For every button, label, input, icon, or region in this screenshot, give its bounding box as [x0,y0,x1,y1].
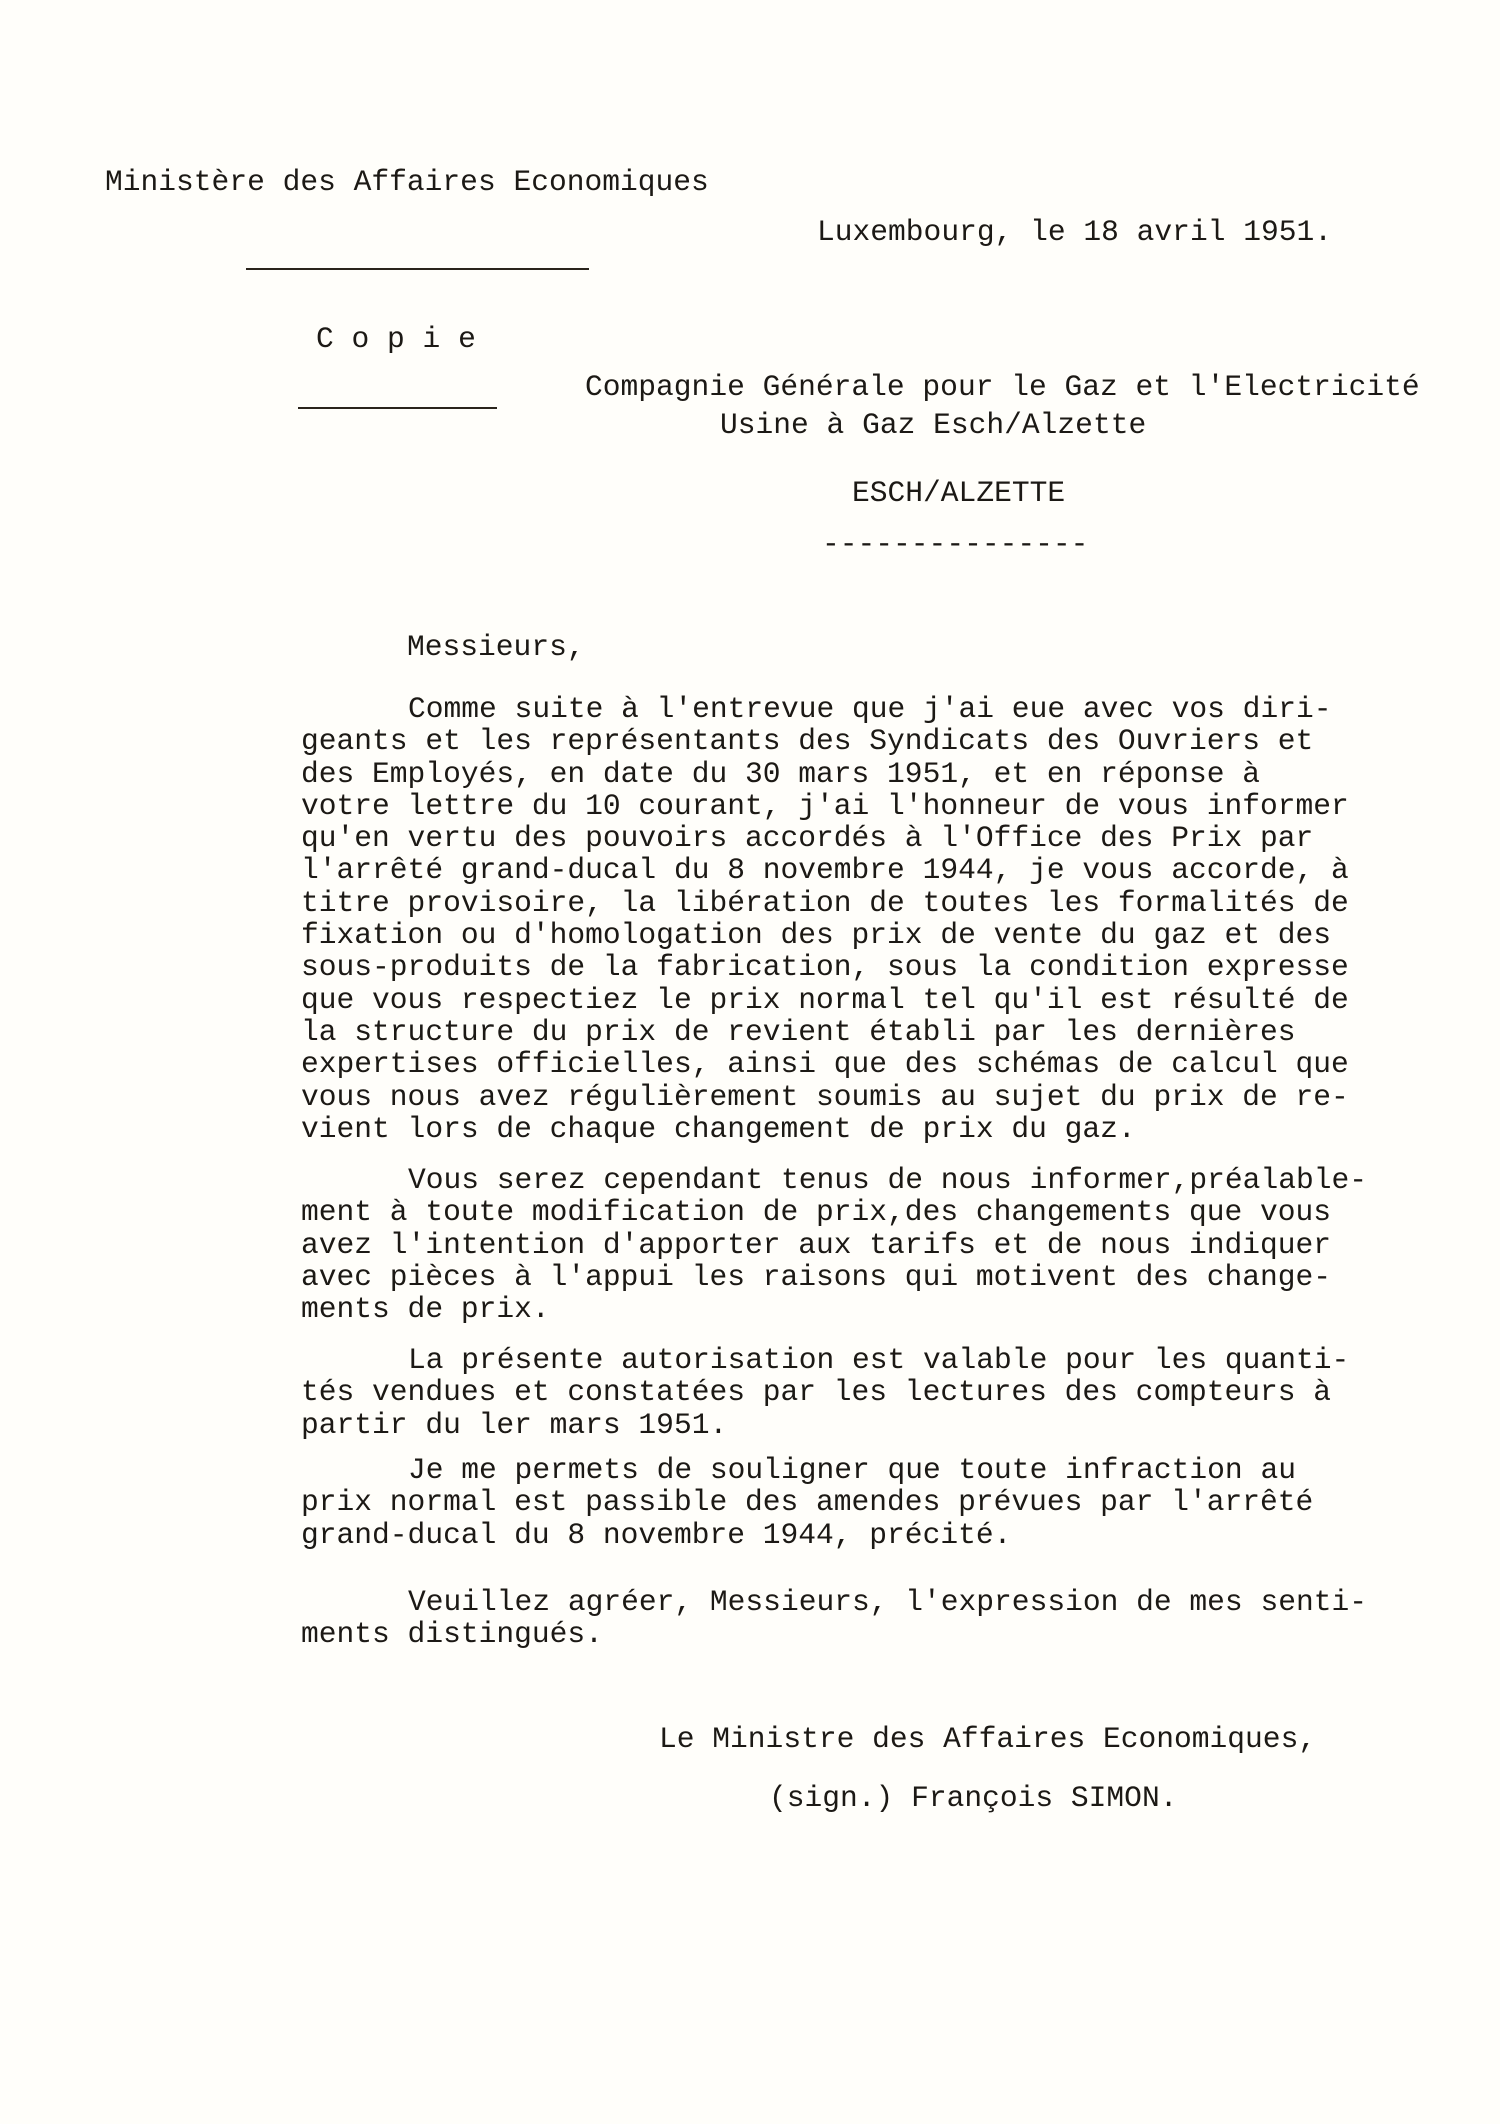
letter-page: Ministère des Affaires Economiques Luxem… [0,0,1500,2124]
paragraph-line: expertises officielles, ainsi que des sc… [301,1048,1401,1080]
signature-name: (sign.) François SIMON. [769,1782,1177,1814]
paragraph-line: avec pièces à l'appui les raisons qui mo… [301,1261,1401,1293]
copy-label: C o p i e [316,323,476,355]
paragraph-line: Vous serez cependant tenus de nous infor… [301,1164,1401,1196]
recipient-city: ESCH/ALZETTE [852,477,1065,509]
header-underline [246,268,589,270]
paragraph-line: grand-ducal du 8 novembre 1944, précité. [301,1519,1401,1551]
paragraph-line: Veuillez agréer, Messieurs, l'expression… [301,1586,1401,1618]
paragraph-3: La présente autorisation est valable pou… [301,1344,1401,1441]
recipient-company: Compagnie Générale pour le Gaz et l'Elec… [585,371,1420,403]
paragraph-line: la structure du prix de revient établi p… [301,1016,1401,1048]
paragraph-4: Je me permets de souligner que toute inf… [301,1454,1401,1551]
paragraph-line: avez l'intention d'apporter aux tarifs e… [301,1229,1401,1261]
paragraph-line: des Employés, en date du 30 mars 1951, e… [301,758,1401,790]
ministry-header: Ministère des Affaires Economiques [105,166,709,198]
closing-paragraph: Veuillez agréer, Messieurs, l'expression… [301,1586,1401,1651]
paragraph-line: qu'en vertu des pouvoirs accordés à l'Of… [301,822,1401,854]
paragraph-line: votre lettre du 10 courant, j'ai l'honne… [301,790,1401,822]
salutation: Messieurs, [407,631,585,663]
paragraph-line: ments distingués. [301,1618,1401,1650]
paragraph-line: vient lors de chaque changement de prix … [301,1113,1401,1145]
paragraph-line: prix normal est passible des amendes pré… [301,1486,1401,1518]
paragraph-line: que vous respectiez le prix normal tel q… [301,984,1401,1016]
recipient-separator: --------------- [822,528,1088,560]
recipient-plant: Usine à Gaz Esch/Alzette [720,409,1146,441]
signature-title: Le Ministre des Affaires Economiques, [659,1723,1316,1755]
copy-underline [298,407,497,409]
paragraph-line: Comme suite à l'entrevue que j'ai eue av… [301,693,1401,725]
paragraph-line: l'arrêté grand-ducal du 8 novembre 1944,… [301,854,1401,886]
paragraph-line: ment à toute modification de prix,des ch… [301,1196,1401,1228]
paragraph-2: Vous serez cependant tenus de nous infor… [301,1164,1401,1325]
place-date: Luxembourg, le 18 avril 1951. [817,216,1332,248]
paragraph-line: ments de prix. [301,1293,1401,1325]
paragraph-line: titre provisoire, la libération de toute… [301,887,1401,919]
paragraph-line: partir du ler mars 1951. [301,1409,1401,1441]
paragraph-line: geants et les représentants des Syndicat… [301,725,1401,757]
paragraph-line: vous nous avez régulièrement soumis au s… [301,1081,1401,1113]
paragraph-line: Je me permets de souligner que toute inf… [301,1454,1401,1486]
paragraph-1: Comme suite à l'entrevue que j'ai eue av… [301,693,1401,1145]
paragraph-line: tés vendues et constatées par les lectur… [301,1376,1401,1408]
paragraph-line: sous-produits de la fabrication, sous la… [301,951,1401,983]
paragraph-line: La présente autorisation est valable pou… [301,1344,1401,1376]
paragraph-line: fixation ou d'homologation des prix de v… [301,919,1401,951]
